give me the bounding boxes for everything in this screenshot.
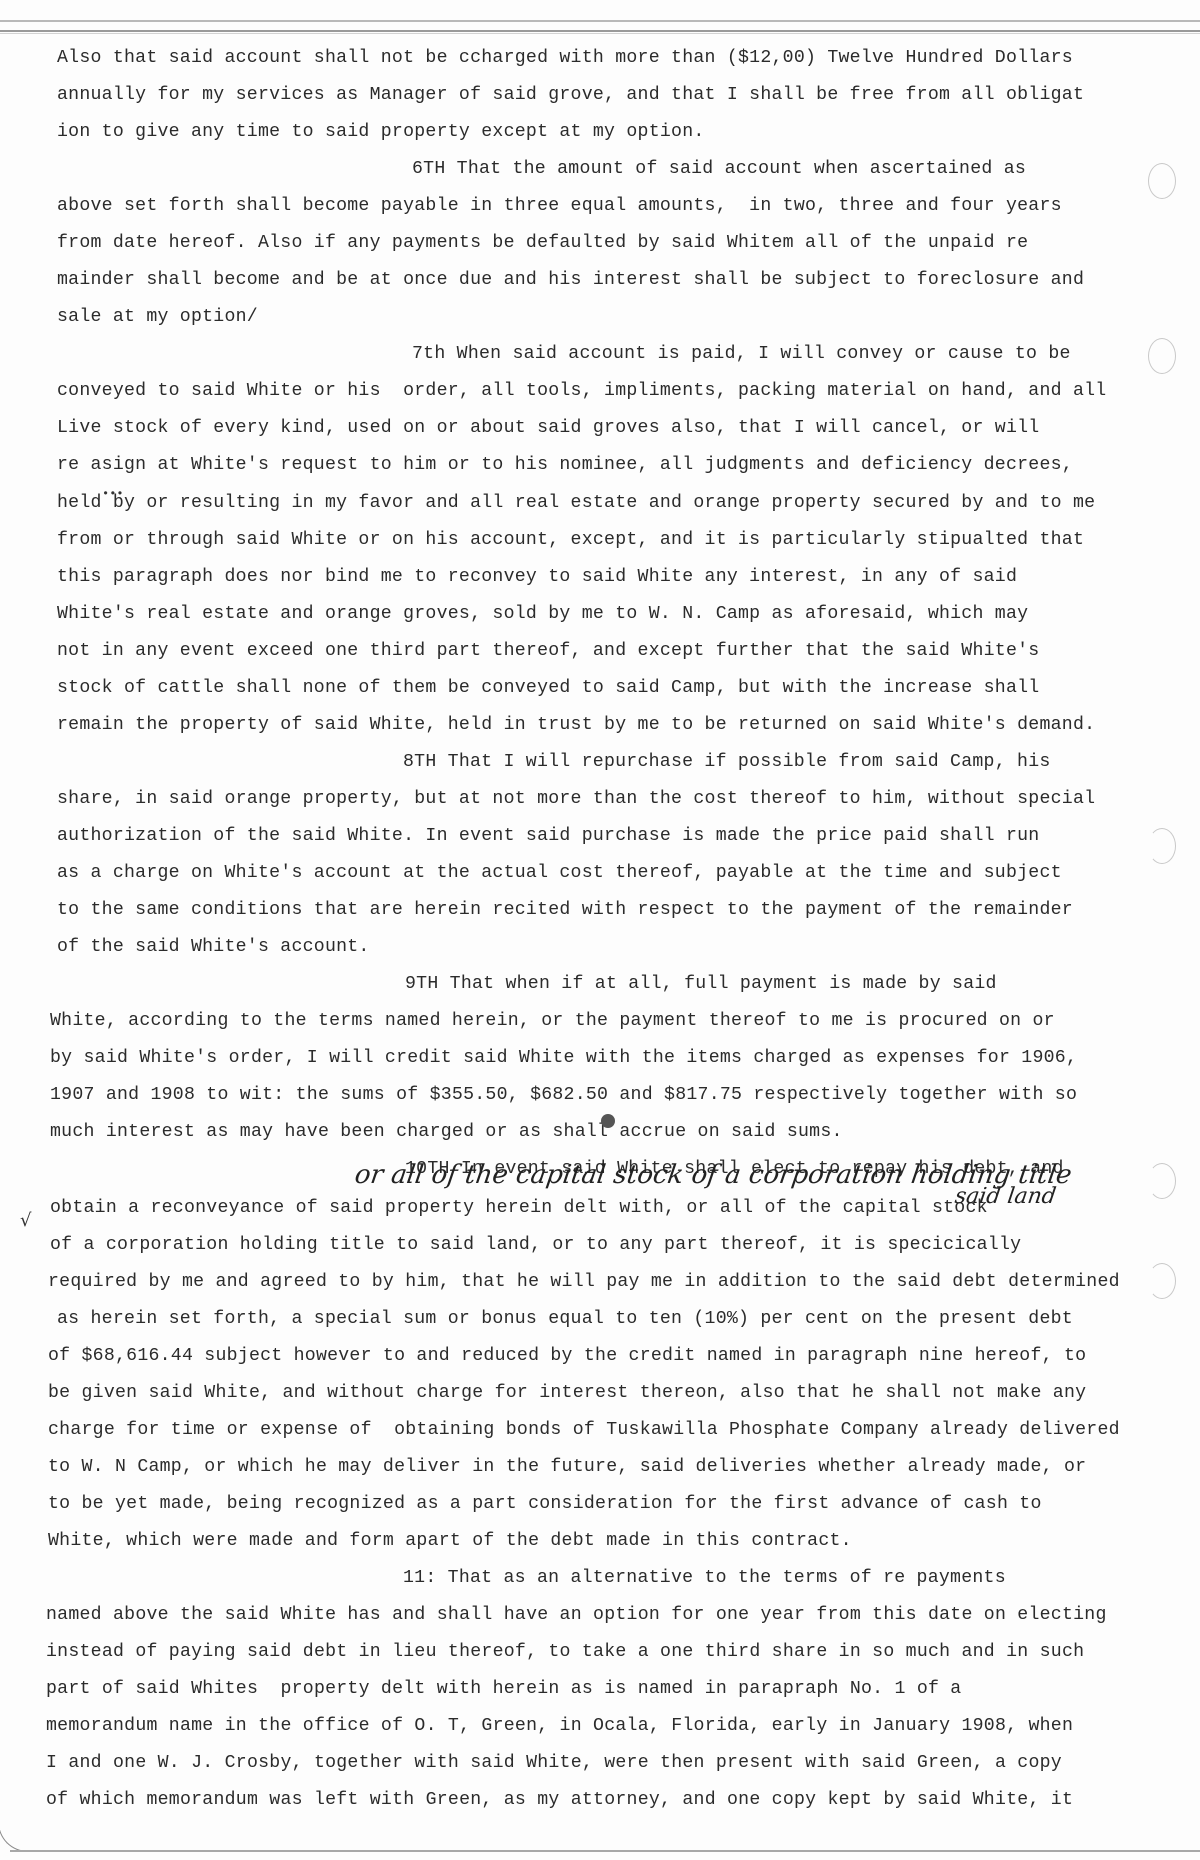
text-line: conveyed to said White or his order, all… xyxy=(57,380,1106,402)
text-line: much interest as may have been charged o… xyxy=(50,1121,843,1143)
text-line: of $68,616.44 subject however to and red… xyxy=(48,1345,1086,1367)
page-corner-curl xyxy=(0,1805,29,1852)
text-line: as a charge on White's account at the ac… xyxy=(57,862,1062,884)
text-line: 1907 and 1908 to wit: the sums of $355.5… xyxy=(50,1084,1077,1106)
text-line: by said White's order, I will credit sai… xyxy=(50,1047,1077,1069)
text-line: 9TH That when if at all, full payment is… xyxy=(405,973,997,995)
text-line: of a corporation holding title to said l… xyxy=(50,1234,1021,1256)
top-border-rule xyxy=(0,20,1200,32)
text-line: from date hereof. Also if any payments b… xyxy=(57,232,1028,254)
text-line: mainder shall become and be at once due … xyxy=(57,269,1084,291)
text-line: part of said Whites property delt with h… xyxy=(46,1678,961,1700)
text-line: of the said White's account. xyxy=(57,936,370,958)
top-border-rule-thin xyxy=(0,33,1200,34)
text-line: annually for my services as Manager of s… xyxy=(57,84,1084,106)
text-line: above set forth shall become payable in … xyxy=(57,195,1062,217)
text-line: 7th When said account is paid, I will co… xyxy=(412,343,1071,365)
text-line: to be yet made, being recognized as a pa… xyxy=(48,1493,1042,1515)
text-line: authorization of the said White. In even… xyxy=(57,825,1039,847)
text-line: stock of cattle shall none of them be co… xyxy=(57,677,1039,699)
text-line: share, in said orange property, but at n… xyxy=(57,788,1095,810)
ink-blot xyxy=(601,1114,615,1128)
punch-hole-icon xyxy=(1148,1163,1176,1199)
text-line: charge for time or expense of obtaining … xyxy=(48,1419,1120,1441)
typed-ellipsis-mark: ••• xyxy=(102,487,124,501)
text-line: named above the said White has and shall… xyxy=(46,1604,1107,1626)
text-line: held by or resulting in my favor and all… xyxy=(57,492,1095,514)
text-line: Live stock of every kind, used on or abo… xyxy=(57,417,1039,439)
text-line: be given said White, and without charge … xyxy=(48,1382,1086,1404)
text-line: I and one W. J. Crosby, together with sa… xyxy=(46,1752,1062,1774)
text-line: memorandum name in the office of O. T, G… xyxy=(46,1715,1073,1737)
text-line: not in any event exceed one third part t… xyxy=(57,640,1039,662)
text-line: to the same conditions that are herein r… xyxy=(57,899,1073,921)
punch-hole-icon xyxy=(1148,1263,1176,1299)
punch-hole-icon xyxy=(1148,338,1176,374)
text-line: from or through said White or on his acc… xyxy=(57,529,1084,551)
text-line: 11: That as an alternative to the terms … xyxy=(403,1567,1006,1589)
text-line: instead of paying said debt in lieu ther… xyxy=(46,1641,1084,1663)
text-line: obtain a reconveyance of said property h… xyxy=(50,1197,988,1219)
text-line: required by me and agreed to by him, tha… xyxy=(48,1271,1120,1293)
text-line: sale at my option/ xyxy=(57,306,258,328)
text-line: of which memorandum was left with Green,… xyxy=(46,1789,1073,1811)
punch-hole-icon xyxy=(1148,828,1176,864)
text-line: remain the property of said White, held … xyxy=(57,714,1095,736)
text-line: Also that said account shall not be ccha… xyxy=(57,47,1073,69)
text-line: White, which were made and form apart of… xyxy=(48,1530,852,1552)
bottom-page-edge xyxy=(10,1850,1200,1852)
document-page: Also that said account shall not be ccha… xyxy=(0,0,1200,1860)
margin-checkmark-icon: √ xyxy=(20,1210,31,1231)
text-line: as herein set forth, a special sum or bo… xyxy=(57,1308,1073,1330)
text-line: 8TH That I will repurchase if possible f… xyxy=(403,751,1051,773)
text-line: to W. N Camp, or which he may deliver in… xyxy=(48,1456,1086,1478)
text-line: re asign at White's request to him or to… xyxy=(57,454,1073,476)
punch-hole-icon xyxy=(1148,163,1176,199)
text-line: 6TH That the amount of said account when… xyxy=(412,158,1026,180)
text-line: White's real estate and orange groves, s… xyxy=(57,603,1028,625)
text-line: this paragraph does nor bind me to recon… xyxy=(57,566,1017,588)
text-line: ion to give any time to said property ex… xyxy=(57,121,705,143)
text-line: White, according to the terms named here… xyxy=(50,1010,1055,1032)
handwritten-note: said land xyxy=(953,1184,1057,1209)
